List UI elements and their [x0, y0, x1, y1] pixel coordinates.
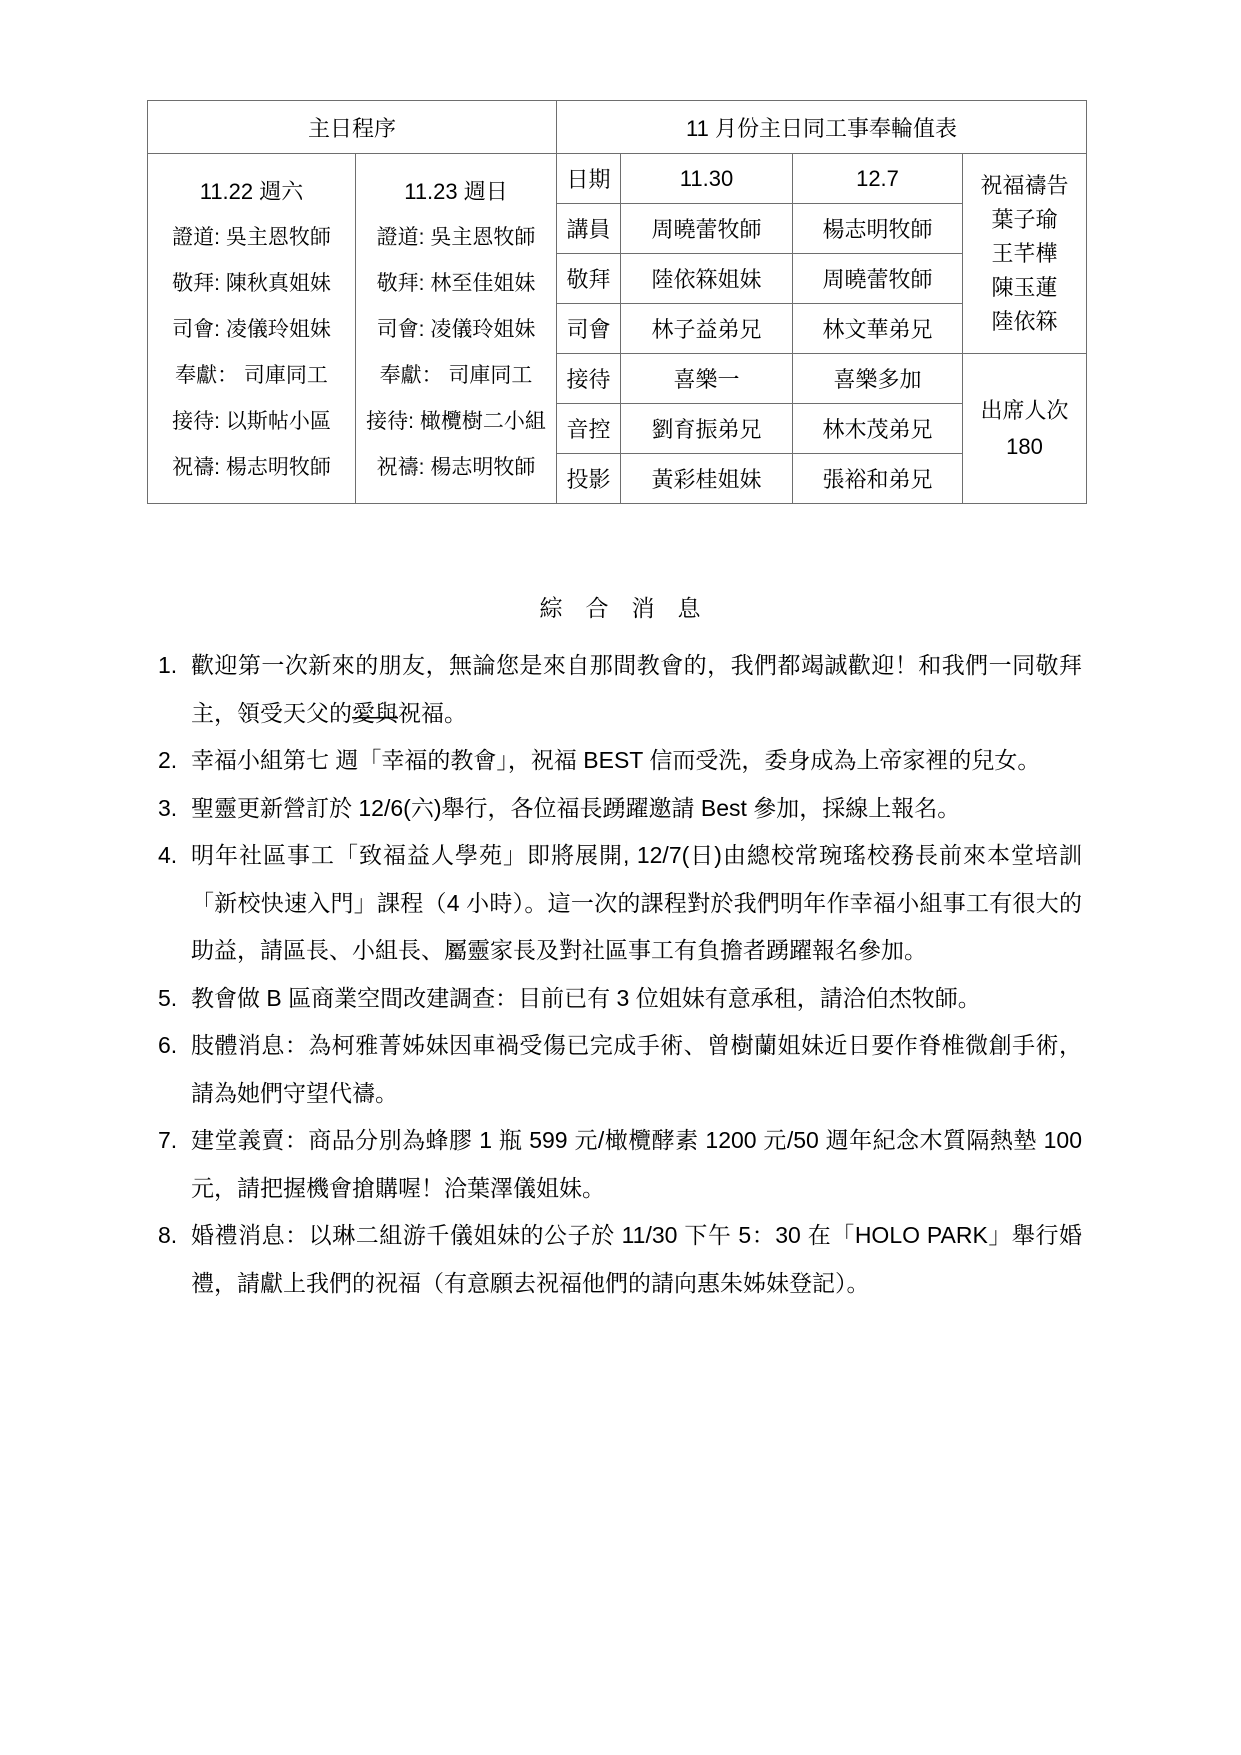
roster-row-label: 司會 [557, 304, 621, 354]
program-line: 接待: 以斯帖小區 [148, 399, 355, 445]
blessing-name: 葉子瑜 [963, 203, 1086, 237]
item-text: 歡迎第一次新來的朋友，無論您是來自那間教會的，我們都竭誠歡迎！和我們一同敬拜主，… [191, 642, 1082, 737]
announcement-item: 6. 肢體消息：為柯雅菁姊妹因車禍受傷已完成手術、曾樹蘭姐妹近日要作脊椎微創手術… [158, 1022, 1082, 1117]
blessing-name: 陸依箖 [963, 305, 1086, 339]
schedule-roster-table: 主日程序 11 月份主日同工事奉輪值表 11.22 週六 證道: 吳主恩牧師 敬… [147, 100, 1087, 504]
roster-row-label: 音控 [557, 404, 621, 454]
item-text: 建堂義賣：商品分別為蜂膠 1 瓶 599 元/橄欖酵素 1200 元/50 週年… [191, 1117, 1082, 1212]
item-text-part: 肢體消息：為柯雅菁姊妹因車禍受傷已完成手術、曾樹蘭姐妹近日要作脊椎微創手術，請為… [191, 1032, 1082, 1106]
item-text-part: 建堂義賣：商品分別為蜂膠 1 瓶 599 元/橄欖酵素 1200 元/50 週年… [191, 1127, 1082, 1201]
roster-row-label: 接待 [557, 354, 621, 404]
sunday-date: 11.23 週日 [356, 169, 556, 215]
item-text: 婚禮消息：以琳二組游千儀姐妹的公子於 11/30 下午 5：30 在「HOLO … [191, 1212, 1082, 1307]
item-text-part: 教會做 B 區商業空間改建調查：目前已有 3 位姐妹有意承租，請洽伯杰牧師。 [191, 985, 981, 1011]
item-number: 6. [158, 1022, 191, 1070]
program-line: 敬拜: 陳秋真姐妹 [148, 261, 355, 307]
roster-cell: 林文華弟兄 [793, 304, 963, 354]
roster-row-label: 投影 [557, 454, 621, 504]
roster-row-label: 日期 [557, 154, 621, 204]
item-text: 肢體消息：為柯雅菁姊妹因車禍受傷已完成手術、曾樹蘭姐妹近日要作脊椎微創手術，請為… [191, 1022, 1082, 1117]
roster-row-label: 敬拜 [557, 254, 621, 304]
attendance-count: 180 [963, 429, 1086, 465]
program-line: 奉獻： 司庫同工 [148, 353, 355, 399]
roster-cell: 林木茂弟兄 [793, 404, 963, 454]
announcement-item: 8. 婚禮消息：以琳二組游千儀姐妹的公子於 11/30 下午 5：30 在「HO… [158, 1212, 1082, 1307]
announcements-section: 綜 合 消 息 1. 歡迎第一次新來的朋友，無論您是來自那間教會的，我們都竭誠歡… [158, 588, 1082, 1307]
program-line: 祝禱: 楊志明牧師 [148, 445, 355, 491]
announcement-item: 4. 明年社區事工「致福益人學苑」即將展開, 12/7(日)由總校常琬瑤校務長前… [158, 832, 1082, 975]
saturday-program-cell: 11.22 週六 證道: 吳主恩牧師 敬拜: 陳秋真姐妹 司會: 凌儀玲姐妹 奉… [148, 154, 356, 504]
roster-cell: 陸依箖姐妹 [621, 254, 793, 304]
announcement-item: 1. 歡迎第一次新來的朋友，無論您是來自那間教會的，我們都竭誠歡迎！和我們一同敬… [158, 642, 1082, 737]
item-number: 8. [158, 1212, 191, 1260]
announcement-item: 2. 幸福小組第七 週「幸福的教會」，祝福 BEST 信而受洗，委身成為上帝家裡… [158, 737, 1082, 785]
roster-cell: 黃彩桂姐妹 [621, 454, 793, 504]
sunday-program-title: 主日程序 [148, 101, 557, 154]
announcements-heading: 綜 合 消 息 [158, 588, 1082, 628]
program-line: 奉獻： 司庫同工 [356, 353, 556, 399]
saturday-date: 11.22 週六 [148, 169, 355, 215]
attendance-cell: 出席人次 180 [963, 354, 1087, 504]
item-text-part: 婚禮消息：以琳二組游千儀姐妹的公子於 11/30 下午 5：30 在「HOLO … [191, 1222, 1082, 1296]
blessing-prayer-title: 祝福禱告 [963, 169, 1086, 203]
roster-cell: 12.7 [793, 154, 963, 204]
announcement-item: 7. 建堂義賣：商品分別為蜂膠 1 瓶 599 元/橄欖酵素 1200 元/50… [158, 1117, 1082, 1212]
blessing-prayer-cell: 祝福禱告 葉子瑜 王芊樺 陳玉蓮 陸依箖 [963, 154, 1087, 354]
item-number: 7. [158, 1117, 191, 1165]
roster-cell: 11.30 [621, 154, 793, 204]
item-number: 5. [158, 975, 191, 1023]
program-line: 敬拜: 林至佳姐妹 [356, 261, 556, 307]
program-line: 司會: 凌儀玲姐妹 [148, 307, 355, 353]
roster-cell: 周曉蕾牧師 [793, 254, 963, 304]
item-text: 聖靈更新營訂於 12/6(六)舉行，各位福長踴躍邀請 Best 參加，採線上報名… [191, 785, 1082, 833]
announcement-item: 5. 教會做 B 區商業空間改建調查：目前已有 3 位姐妹有意承租，請洽伯杰牧師… [158, 975, 1082, 1023]
roster-cell: 喜樂多加 [793, 354, 963, 404]
sunday-program-cell: 11.23 週日 證道: 吳主恩牧師 敬拜: 林至佳姐妹 司會: 凌儀玲姐妹 奉… [356, 154, 557, 504]
blessing-name: 陳玉蓮 [963, 271, 1086, 305]
item-text-part: 明年社區事工「致福益人學苑」即將展開, 12/7(日)由總校常琬瑤校務長前來本堂… [191, 842, 1082, 963]
roster-cell: 周曉蕾牧師 [621, 204, 793, 254]
item-text: 明年社區事工「致福益人學苑」即將展開, 12/7(日)由總校常琬瑤校務長前來本堂… [191, 832, 1082, 975]
duty-roster-title: 11 月份主日同工事奉輪值表 [557, 101, 1087, 154]
item-text-struck: 愛與 [352, 700, 398, 726]
roster-cell: 張裕和弟兄 [793, 454, 963, 504]
announcement-item: 3. 聖靈更新營訂於 12/6(六)舉行，各位福長踴躍邀請 Best 參加，採線… [158, 785, 1082, 833]
item-text-part: 幸福小組第七 週「幸福的教會」，祝福 BEST 信而受洗，委身成為上帝家裡的兒女… [191, 747, 1040, 773]
item-text-part: 歡迎第一次新來的朋友，無論您是來自那間教會的，我們都竭誠歡迎！和我們一同敬拜主，… [191, 652, 1082, 726]
roster-row-label: 講員 [557, 204, 621, 254]
item-number: 1. [158, 642, 191, 690]
item-text: 幸福小組第七 週「幸福的教會」，祝福 BEST 信而受洗，委身成為上帝家裡的兒女… [191, 737, 1082, 785]
program-line: 證道: 吳主恩牧師 [356, 215, 556, 261]
item-number: 2. [158, 737, 191, 785]
program-line: 證道: 吳主恩牧師 [148, 215, 355, 261]
program-line: 接待: 橄欖樹二小組 [356, 399, 556, 445]
item-text-part: 聖靈更新營訂於 12/6(六)舉行，各位福長踴躍邀請 Best 參加，採線上報名… [191, 795, 960, 821]
attendance-label: 出席人次 [963, 393, 1086, 429]
item-number: 3. [158, 785, 191, 833]
program-line: 司會: 凌儀玲姐妹 [356, 307, 556, 353]
blessing-name: 王芊樺 [963, 237, 1086, 271]
roster-cell: 林子益弟兄 [621, 304, 793, 354]
roster-cell: 楊志明牧師 [793, 204, 963, 254]
program-line: 祝禱: 楊志明牧師 [356, 445, 556, 491]
item-number: 4. [158, 832, 191, 880]
roster-cell: 喜樂一 [621, 354, 793, 404]
item-text-part: 祝福。 [398, 700, 467, 726]
roster-cell: 劉育振弟兄 [621, 404, 793, 454]
item-text: 教會做 B 區商業空間改建調查：目前已有 3 位姐妹有意承租，請洽伯杰牧師。 [191, 975, 1082, 1023]
